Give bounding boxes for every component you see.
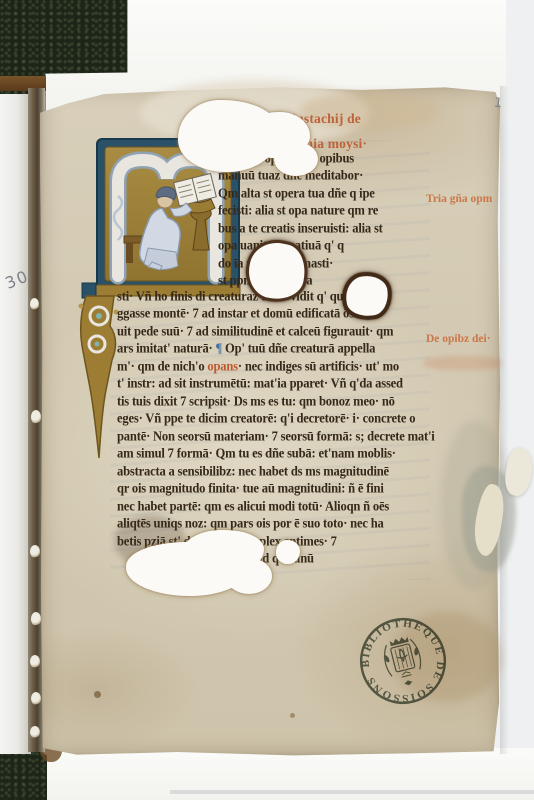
manuscript-photo: plog' fris Eustachij de Cosmographia moy… — [0, 0, 534, 800]
text-segment: · nec indiges sū artificis· ut' mo — [238, 359, 399, 374]
sewing-stitch — [31, 692, 41, 705]
marginal-note: De opibz dei· — [426, 333, 491, 345]
text-line-with-pilcrow: ars imitat' naturā· ¶ Op' tuū dñe creatu… — [117, 341, 375, 357]
text-line: nec habet partē: qm es alicui modi totū·… — [117, 499, 389, 515]
sewing-stitch — [30, 655, 40, 668]
text-line: sti· Vñ ho finis di creaturaz tuaz· vidi… — [117, 289, 368, 305]
sewing-stitch — [30, 545, 40, 558]
sewing-stitch — [31, 612, 41, 626]
sewing-stitch — [30, 298, 39, 310]
parchment-hole-bottom-small — [276, 540, 304, 568]
flyleaf-edge — [0, 94, 31, 754]
stamp-coat-of-arms — [379, 634, 427, 690]
parchment-tear-top — [178, 92, 328, 182]
burn-hole-mid-left — [246, 240, 308, 300]
text-line: qr ois magnitudo finita· tue aū magnitud… — [117, 481, 384, 497]
marginal-note: Tria gña opm — [426, 193, 492, 205]
text-segment: m'· qm de nich'o — [117, 359, 207, 374]
text-line: fecisti: alia st opa nature qm re — [218, 203, 378, 219]
red-word: opans — [207, 359, 238, 374]
sewing-stitch — [30, 726, 40, 738]
sewing-stitch — [31, 410, 41, 424]
text-line: am simul 7 formā· Qm tu es dñe subā: et'… — [117, 446, 396, 462]
dirt-speck — [94, 691, 101, 698]
text-line: tis tuis dixit 7 scripsit· Ds ms es tu: … — [117, 394, 395, 410]
sheet-edge-shadow — [170, 790, 534, 794]
text-line: pantē· Non seorsū materiam· 7 seorsū for… — [117, 429, 435, 445]
parchment-hole-bottom — [126, 530, 278, 600]
text-line: eges· Vñ ppe te dicim creatorē: q'i decr… — [117, 411, 415, 427]
text-line: uit pede suū· 7 ad similitudinē et calce… — [117, 324, 393, 340]
text-line: t' instr: ad sit instrumētū: mat'ia ppar… — [117, 376, 403, 392]
faded-marginal-note — [424, 356, 502, 370]
text-line-with-red-word: m'· qm de nich'o opans· nec indiges sū a… — [117, 359, 399, 375]
text-line: Qm alta st opera tua dñe q ipe — [218, 186, 375, 202]
text-segment: ars imitat' naturā· — [117, 341, 216, 356]
text-segment: Op' tuū dñe creaturā appella — [222, 341, 375, 356]
dirt-speck — [290, 713, 295, 718]
text-line: abstracta a sensibilibz: nec habet ds ms… — [117, 464, 389, 480]
burn-hole-mid-right — [342, 272, 392, 320]
text-line: ggasse montē· 7 ad instar et domū edific… — [117, 306, 370, 322]
text-line: bus a te creatis inseruisti: alia st — [218, 221, 383, 237]
